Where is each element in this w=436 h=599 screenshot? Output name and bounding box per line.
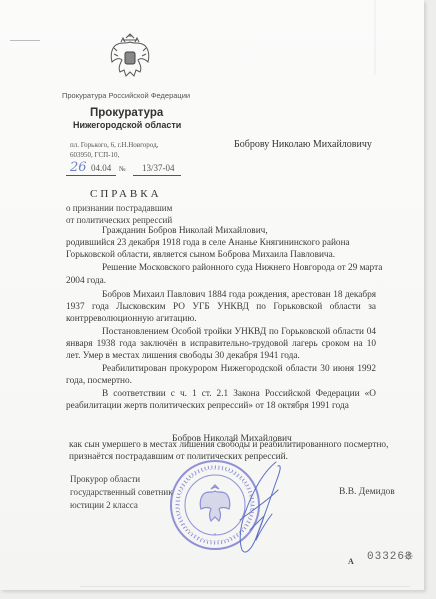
document-page: Прокуратура Российской Федерации Прокура… xyxy=(0,0,424,590)
document-subtitle-1: о признании пострадавшим xyxy=(66,203,172,213)
document-subtitle-2: от политических репрессий xyxy=(66,215,172,225)
decorative-rosette-icon: ❊ xyxy=(404,550,413,563)
address-line-2: 603950, ГСП-10, xyxy=(70,151,119,159)
body-line: января 1938 года заключён в исправительн… xyxy=(66,339,376,349)
document-title: СПРАВКА xyxy=(90,188,162,200)
signer-position-3: юстиции 2 класса xyxy=(70,500,138,510)
body-line: Постановлением Особой тройки УНКВД по Го… xyxy=(102,327,376,337)
body-line: реабилитации жертв политических репресси… xyxy=(66,401,349,411)
body-line: 1937 года Лысковским РО УГБ УНКВД по Гор… xyxy=(66,302,376,312)
signer-position-2: государственный советник xyxy=(70,487,173,497)
body-line: контрреволюционную агитацию. xyxy=(66,314,197,324)
handwritten-date: 26 xyxy=(70,160,87,175)
paper-mark xyxy=(10,40,40,41)
address-line-1: пл. Горького, 6, г.Н.Новгород, xyxy=(70,141,158,149)
serial-letter: А xyxy=(348,557,354,566)
signer-position-1: Прокурор области xyxy=(70,474,140,484)
document-number: 13/37-04 xyxy=(142,163,175,173)
svg-text:*: * xyxy=(214,533,217,539)
addressee: Боброву Николаю Михайловичу xyxy=(234,139,372,150)
org-title: Прокуратура xyxy=(90,107,163,119)
body-line: Решение Московского районного суда Нижне… xyxy=(102,263,376,273)
body-line: как сын умершего в местах лишения свобод… xyxy=(69,440,388,450)
paper-crease xyxy=(80,586,410,587)
body-line: лет. Умер в местах лишения свободы 30 де… xyxy=(66,351,300,361)
federation-label: Прокуратура Российской Федерации xyxy=(62,91,190,100)
coat-of-arms-icon xyxy=(106,32,154,82)
paper-fold xyxy=(374,0,376,75)
date-printed: 04.04 xyxy=(91,163,111,173)
number-label: № xyxy=(119,165,126,173)
handwritten-signature-icon xyxy=(226,460,296,560)
body-line: Бобров Михаил Павлович 1884 года рождени… xyxy=(102,290,376,300)
org-subtitle: Нижегородской области xyxy=(73,120,181,130)
body-line: Гражданин Бобров Николай Михайлович, xyxy=(102,226,268,236)
number-underline xyxy=(133,175,181,176)
body-line: Горьковской области, является сыном Бобр… xyxy=(66,250,335,260)
body-line: родившийся 23 декабря 1918 года в селе А… xyxy=(66,238,350,248)
body-line: 2004 года. xyxy=(66,276,106,286)
body-line: В соответствии с ч. 1 ст. 2.1 Закона Рос… xyxy=(102,389,376,399)
body-line: года, посмертно. xyxy=(66,376,132,386)
body-line: Реабилитирован прокурором Нижегородской … xyxy=(102,364,376,374)
date-underline xyxy=(66,175,116,176)
signer-name: В.В. Демидов xyxy=(339,487,395,497)
